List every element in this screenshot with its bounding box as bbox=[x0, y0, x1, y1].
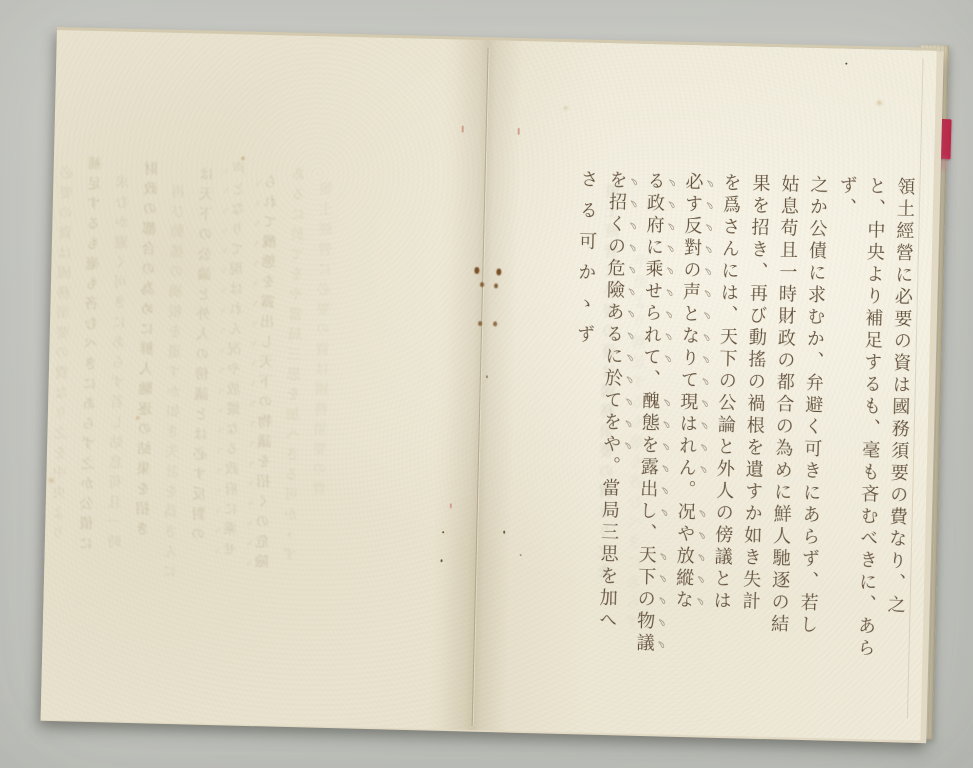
text-segment: さる可かゝず bbox=[573, 169, 598, 355]
ghost-column: 求むか避く可きにあらず若し姑息苟且一時 bbox=[97, 174, 138, 723]
emphasized-text-segment: を招くの危險あるに於てをや。 bbox=[600, 170, 628, 478]
page-right: 領土經營に必要の資は國務須要の費なり之を 中央より補足するも毫も吝むべきにあらず… bbox=[473, 40, 937, 740]
text-column-2: と、中央より補足するも、毫も吝むべきに、あらず、 bbox=[821, 175, 891, 678]
page-left: 必要の資は國務須要の費なり之を中央より 補足するも毫も吝むべきにあらず之か公債に… bbox=[41, 30, 488, 730]
foxing-spot bbox=[48, 478, 54, 483]
ghost-column: られて醜態を露出し天下の物議を招くの危險 bbox=[241, 174, 286, 723]
foxing-spot bbox=[876, 100, 882, 105]
ink-speck bbox=[520, 554, 522, 556]
bleedthrough-text-left: 必要の資は國務須要の費なり之を中央より 補足するも毫も吝むべきにあらず之か公債に… bbox=[41, 155, 340, 710]
ghost-column: あるに於てをや當局三思を加へさる可かゝず bbox=[273, 166, 314, 715]
red-fiber-mark bbox=[450, 503, 452, 508]
ghost-column: 声となりて現はれん况や放縱なる政府に乘せ bbox=[209, 161, 254, 710]
ghost-column: 財政の都合の為めに鮮人馳逐の結果を招き bbox=[125, 161, 166, 710]
red-fiber-mark bbox=[462, 126, 464, 133]
ghost-column: は天下の公論と外人の傍議とは必す反對の bbox=[181, 166, 222, 715]
foxing-spot bbox=[845, 63, 847, 65]
text-segment: 當局三思を加へ bbox=[596, 478, 621, 632]
text-segment: と、中央より補足するも、毫も吝むべきに、あらず、 bbox=[836, 175, 887, 660]
ghost-column: 補足するも毫も吝むべきにあらず之か公債に bbox=[69, 156, 110, 705]
red-fiber-mark bbox=[518, 128, 520, 135]
ink-speck bbox=[503, 531, 505, 534]
ghost-column: 必要の資は國務須要の費なり之を中央より bbox=[41, 165, 82, 714]
foxing-spot bbox=[563, 106, 568, 110]
ghost-column: 再び動搖の禍根を遺すか如き失計を爲さんに bbox=[152, 184, 193, 733]
ink-speck bbox=[486, 375, 488, 378]
ink-speck bbox=[440, 559, 442, 562]
foxing-spot bbox=[136, 416, 140, 420]
ink-speck bbox=[442, 531, 444, 533]
open-book: 必要の資は國務須要の費なり之を中央より 補足するも毫も吝むべきにあらず之か公債に… bbox=[41, 27, 937, 741]
ghost-column: 領土經營に必要の資は國務須要の費 bbox=[301, 181, 342, 730]
manuscript-text-block: 領土經營に必要の資は國務須要の費なり、之 と、中央より補足するも、毫も吝むべきに… bbox=[612, 170, 920, 679]
foxing-spot bbox=[241, 156, 245, 160]
photo-stage: 必要の資は國務須要の費なり之を中央より 補足するも毫も吝むべきにあらず之か公債に… bbox=[0, 0, 973, 768]
